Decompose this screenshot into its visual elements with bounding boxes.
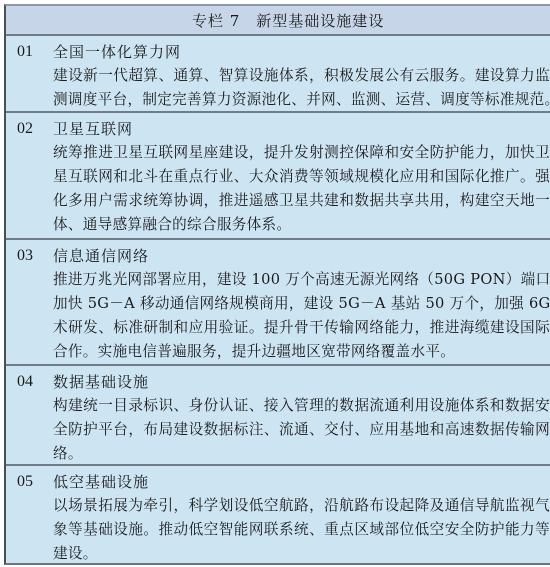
section-number: 04 <box>17 371 33 393</box>
section-text-line: 构建统一目录标识、身份认证、接入管理的数据流通利用设施体系和数据安 <box>53 395 550 417</box>
special-column-box: 专栏 7 新型基础设施建设 01 全国一体化算力网 建设新一代超算、通算、智算设… <box>4 4 550 565</box>
section-text-line: 络。 <box>53 443 550 465</box>
section-text-line: 建设。 <box>53 543 550 565</box>
column-header: 专栏 7 新型基础设施建设 <box>6 6 550 36</box>
section-text-line: 合作。实施电信普遍服务，提升边疆地区宽带网络覆盖水平。 <box>53 341 550 363</box>
section-05: 05 低空基础设施 以场景拓展为牵引，科学划设低空航路，沿航路布设起降及通信导航… <box>6 466 550 565</box>
section-text-line: 建设新一代超算、通算、智算设施体系，积极发展公有云服务。建设算力监 <box>53 65 550 87</box>
section-text-line: 推进万兆光网部署应用，建设 100 万个高速无源光网络（50G PON）端口。 <box>53 269 550 291</box>
section-number: 03 <box>17 245 33 267</box>
section-title: 数据基础设施 <box>53 371 149 393</box>
section-text-line: 体、通导感算融合的综合服务体系。 <box>53 214 550 236</box>
section-text-line: 象等基础设施。推动低空智能网联系统、重点区域部位低空安全防护能力等 <box>53 519 550 541</box>
section-01: 01 全国一体化算力网 建设新一代超算、通算、智算设施体系，积极发展公有云服务。… <box>6 36 550 113</box>
section-number: 01 <box>17 41 33 63</box>
section-title: 信息通信网络 <box>53 245 149 267</box>
section-text-line: 加快 5G－A 移动通信网络规模商用，建设 5G－A 基站 50 万个，加强 6… <box>53 293 550 315</box>
section-text-line: 以场景拓展为牵引，科学划设低空航路，沿航路布设起降及通信导航监视气 <box>53 495 550 517</box>
section-03: 03 信息通信网络 推进万兆光网部署应用，建设 100 万个高速无源光网络（50… <box>6 240 550 366</box>
section-title: 全国一体化算力网 <box>53 41 181 63</box>
section-text-line: 化多用户需求统筹协调，推进遥感卫星共建和数据共享共用，构建空天地一 <box>53 190 550 212</box>
section-title: 低空基础设施 <box>53 471 149 493</box>
section-text-line: 术研发、标准研制和应用验证。提升骨干传输网络能力，推进海缆建设国际 <box>53 317 550 339</box>
section-number: 02 <box>17 118 33 140</box>
section-text-line: 全防护平台，布局建设数据标注、流通、交付、应用基地和高速数据传输网 <box>53 419 550 441</box>
section-text-line: 统筹推进卫星互联网星座建设，提升发射测控保障和安全防护能力，加快卫 <box>53 142 550 164</box>
section-text-line: 测调度平台，制定完善算力资源池化、并网、监测、运营、调度等标准规范。 <box>53 89 550 111</box>
section-02: 02 卫星互联网 统筹推进卫星互联网星座建设，提升发射测控保障和安全防护能力，加… <box>6 113 550 240</box>
section-title: 卫星互联网 <box>53 118 133 140</box>
column-title: 专栏 7 新型基础设施建设 <box>192 11 384 31</box>
section-04: 04 数据基础设施 构建统一目录标识、身份认证、接入管理的数据流通利用设施体系和… <box>6 366 550 466</box>
section-number: 05 <box>17 471 33 493</box>
section-text-line: 星互联网和北斗在重点行业、大众消费等领域规模化应用和国际化推广。强 <box>53 166 550 188</box>
